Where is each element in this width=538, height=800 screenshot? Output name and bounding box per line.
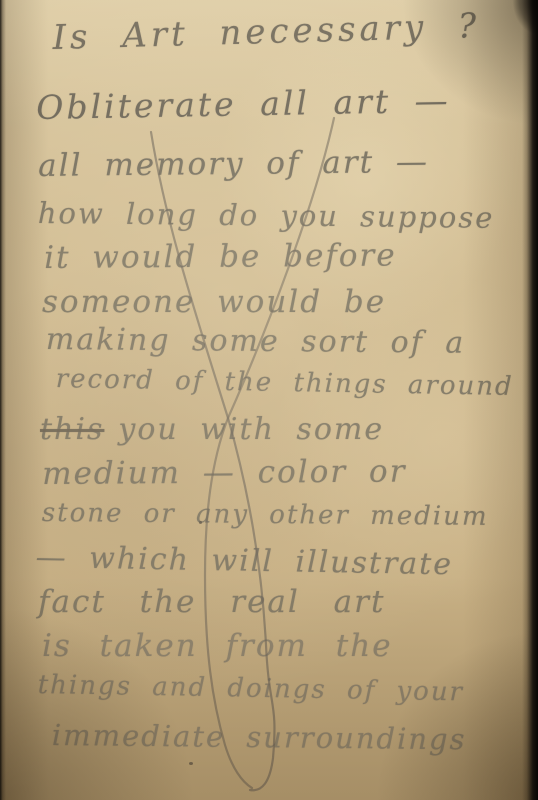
handwritten-line-4: how long do you suppose xyxy=(38,196,495,235)
handwritten-line-12: — which will illustrate xyxy=(35,540,453,582)
paper-speck xyxy=(189,762,193,765)
paper-speck xyxy=(199,521,202,524)
handwritten-line-9: thisyou with some xyxy=(40,412,384,447)
line-9-rest: you with some xyxy=(118,412,384,447)
handwritten-line-2: Obliterate all art — xyxy=(36,81,451,127)
handwritten-line-13: fact the real art xyxy=(38,584,385,620)
handwritten-line-10: medium — color or xyxy=(42,453,407,492)
notebook-page-photo: Is Art necessary ? Obliterate all art — … xyxy=(0,0,538,800)
struck-out-word: this xyxy=(40,412,104,447)
handwritten-line-6: someone would be xyxy=(42,284,386,320)
handwritten-line-11: stone or any other medium xyxy=(42,498,489,532)
handwritten-line-5: it would be before xyxy=(44,238,397,276)
handwritten-line-14: is taken from the xyxy=(42,628,393,664)
handwritten-line-7: making some sort of a xyxy=(46,322,466,361)
handwritten-line-3: all memory of art — xyxy=(38,144,429,184)
handwritten-line-16: immediate surroundings xyxy=(52,718,467,756)
